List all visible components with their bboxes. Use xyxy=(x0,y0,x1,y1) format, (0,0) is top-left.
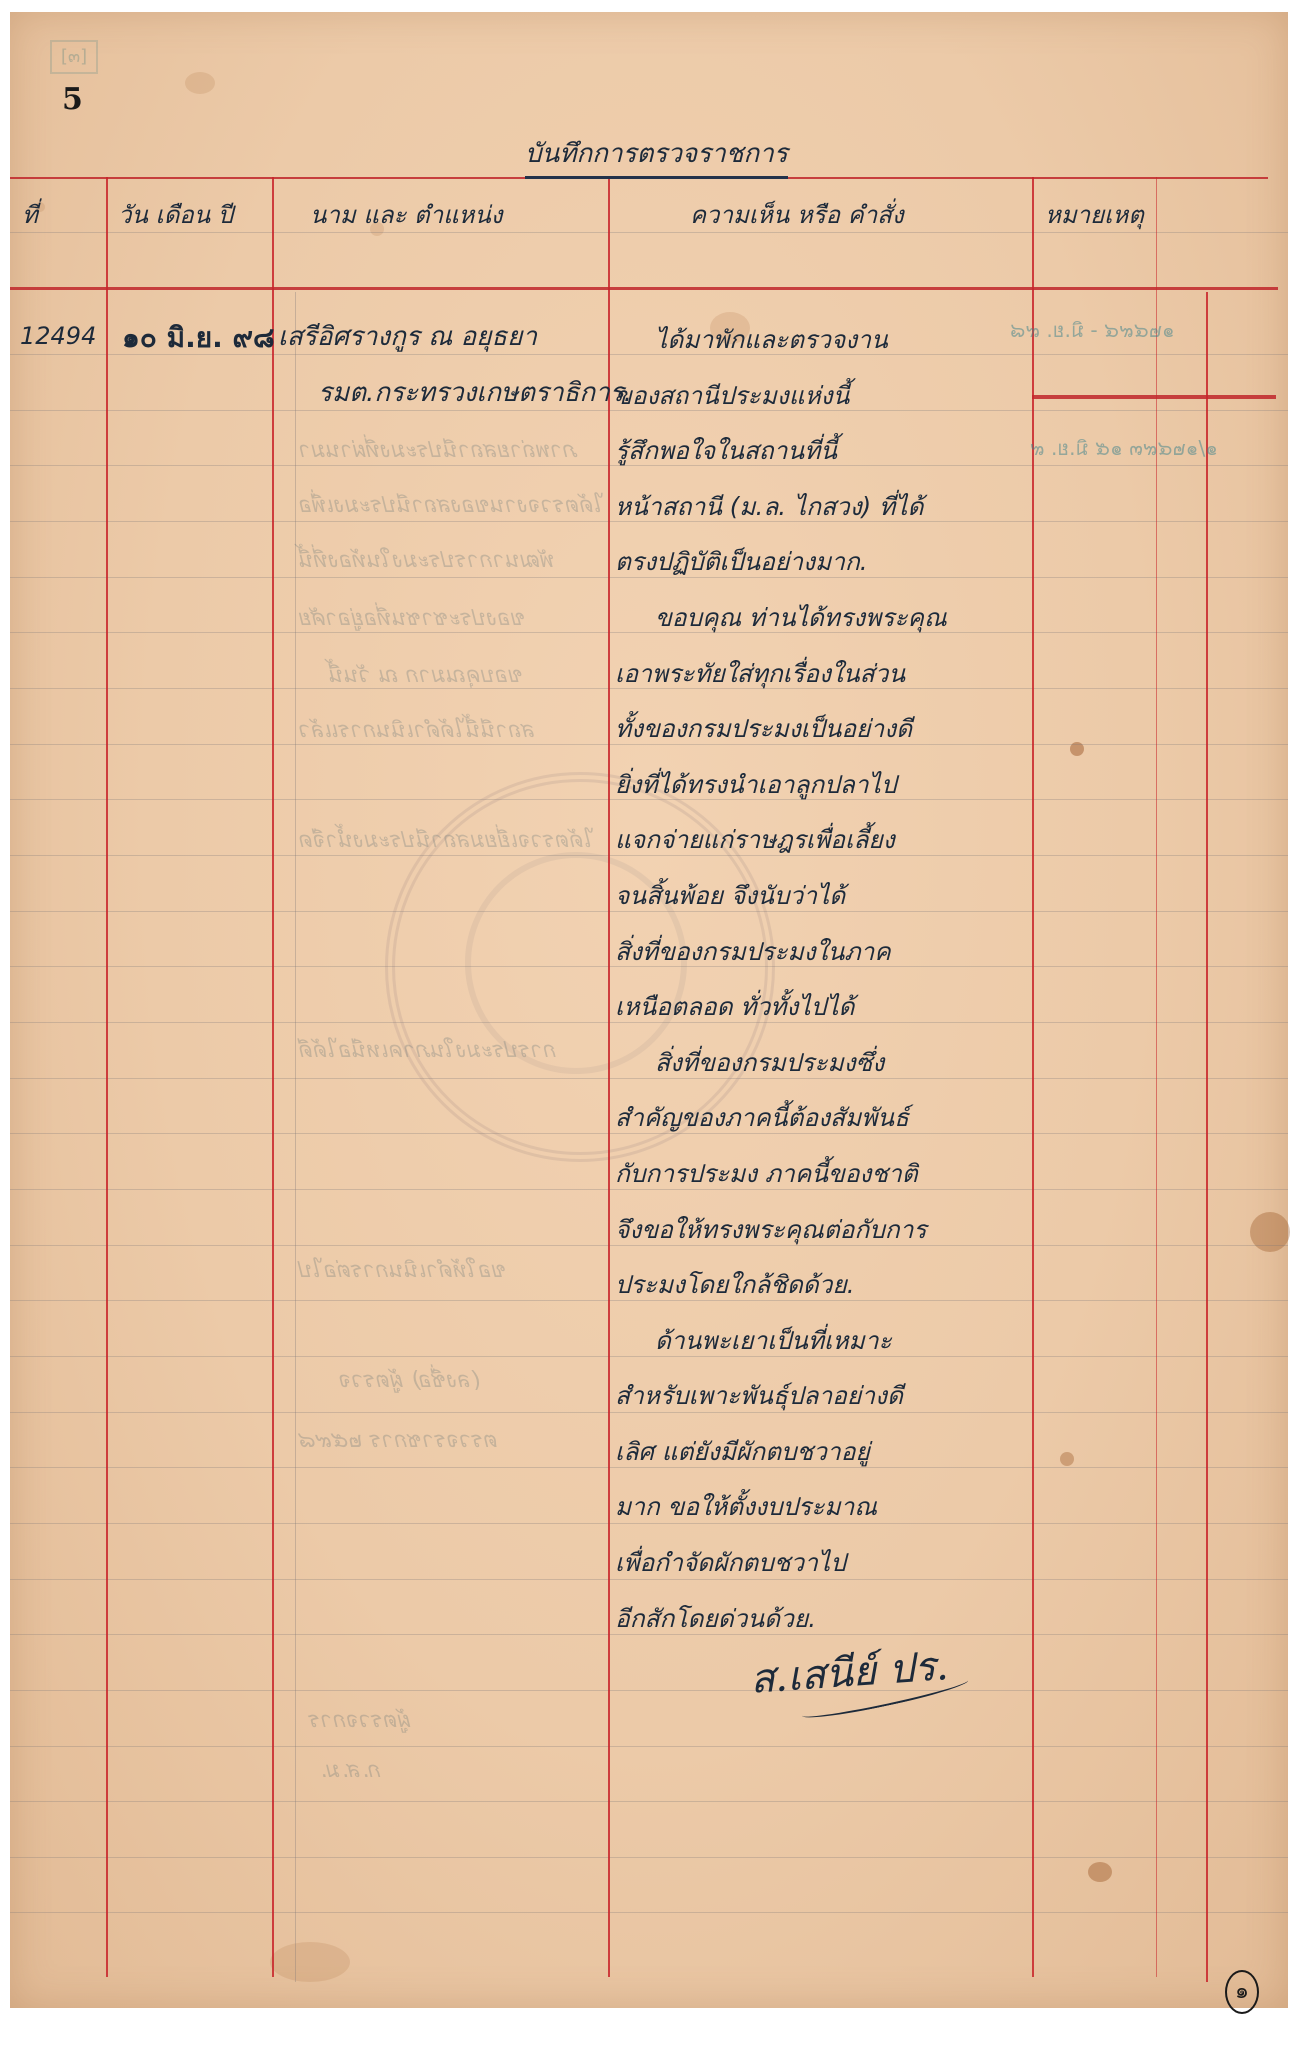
comment-line: สิ่งที่ของกรมประมงซึ่ง xyxy=(615,1035,1025,1091)
comment-line: ยิ่งที่ได้ทรงนำเอาลูกปลาไป xyxy=(615,757,1025,813)
comment-line: ด้านพะเยาเป็นที่เหมาะ xyxy=(615,1313,1025,1369)
bleed-through-text: (ลงชื่อ) ผู้ตรวจ xyxy=(340,1362,481,1397)
comment-line: เพื่อกำจัดผักตบชวาไป xyxy=(615,1535,1025,1591)
comment-line: สำหรับเพาะพันธุ์ปลาอย่างดี xyxy=(615,1368,1025,1424)
comment-line: รู้สึกพอใจในสถานที่นี้ xyxy=(615,423,1025,479)
bleed-through-remark: ๑/๑๒๔๙๓ ๑๕ มิ.ย. ๙ xyxy=(1030,432,1218,464)
bleed-through-text: การประมงในภาคเหนือได้ดี xyxy=(300,1032,558,1067)
column-header-no: ที่ xyxy=(22,195,38,234)
stain xyxy=(1060,1452,1074,1466)
bleed-through-text: ก.ส.ม. xyxy=(320,1752,382,1787)
comment-line: แจกจ่ายแก่ราษฎรเพื่อเลี้ยง xyxy=(615,812,1025,868)
bleed-through-remark: ๑๒๔๙๔ - มิ.ย. ๙๘ xyxy=(1010,314,1175,346)
column-header-name: นาม และ ตำแหน่ง xyxy=(310,195,503,234)
comment-line: ของสถานีประมงแห่งนี้ xyxy=(615,368,1025,424)
entry-number: 12494 xyxy=(20,322,96,350)
column-divider xyxy=(1206,292,1208,1982)
comment-line: อีกสักโดยด่วนด้วย. xyxy=(615,1591,1025,1647)
comment-line: เหนือตลอด ทั่วทั้งไปได้ xyxy=(615,979,1025,1035)
bleed-through-text: ภาพถ่ายสถานีประมงที่ผ่านมา xyxy=(300,432,579,467)
comment-line: ได้มาพักและตรวจงาน xyxy=(615,312,1025,368)
header-bottom-rule xyxy=(10,287,1278,290)
comment-line: สำคัญของภาคนี้ต้องสัมพันธ์ xyxy=(615,1090,1025,1146)
comment-line: ขอบคุณ ท่านได้ทรงพระคุณ xyxy=(615,590,1025,646)
document-title: บันทึกการตรวจราชการ xyxy=(525,133,788,179)
comment-line: มาก ขอให้ตั้งงบประมาณ xyxy=(615,1479,1025,1535)
comment-line: ทั้งของกรมประมงเป็นอย่างดี xyxy=(615,701,1025,757)
remarks-rule xyxy=(1032,395,1276,399)
entry-position: รมต.กระทรวงเกษตราธิการ. xyxy=(318,372,632,413)
bleed-through-text: ขอให้ดำเนินการต่อไป xyxy=(300,1252,508,1287)
column-divider xyxy=(106,177,108,1977)
stain xyxy=(1250,1212,1290,1252)
comment-line: ตรงปฏิบัติเป็นอย่างมาก. xyxy=(615,534,1025,590)
archive-corner-stamp: [๓] xyxy=(50,40,98,74)
comment-line: ประมงโดยใกล้ชิดด้วย. xyxy=(615,1257,1025,1313)
comment-line: สิ่งที่ของกรมประมงในภาค xyxy=(615,924,1025,980)
page-number: 5 xyxy=(62,82,83,117)
column-header-comment: ความเห็น หรือ คำสั่ง xyxy=(690,195,904,234)
entry-name: เสรีอิศรางกูร ณ อยุธยา xyxy=(278,316,537,357)
column-header-remarks: หมายเหตุ xyxy=(1045,195,1144,234)
stain xyxy=(270,1942,350,1982)
column-divider xyxy=(608,177,610,1977)
entry-comment: ได้มาพักและตรวจงาน ของสถานีประมงแห่งนี้ … xyxy=(615,312,1025,1646)
bleed-through-text: สถานีนี้ได้ดำเนินการแล้ว xyxy=(300,712,536,747)
column-header-date: วัน เดือน ปี xyxy=(118,195,233,234)
comment-line: กับการประมง ภาคนี้ของชาติ xyxy=(615,1146,1025,1202)
bleed-through-text: ของประชาชนที่อยู่อาศัย xyxy=(300,600,527,635)
bleed-through-text: ผู้ตรวจการ xyxy=(310,1702,412,1737)
entry-date: ๑๐ มิ.ย. ๙๘ xyxy=(122,316,275,360)
bleed-through-text: ได้ตรวจเยี่ยมสถานีประมงน้ำจืด xyxy=(300,822,596,857)
bleed-through-text: ขอบคุณมาก ณ วันนี้ xyxy=(330,657,524,692)
comment-line: จึงขอให้ทรงพระคุณต่อกับการ xyxy=(615,1202,1025,1258)
stain xyxy=(185,72,215,94)
comment-line: เอาพระทัยใส่ทุกเรื่องในส่วน xyxy=(615,646,1025,702)
column-divider xyxy=(272,177,274,1977)
comment-line: จนสิ้นพ้อย จึงนับว่าได้ xyxy=(615,868,1025,924)
folio-mark: ๑ xyxy=(1225,1970,1259,2014)
comment-line: หน้าสถานี (ม.ล. ไกสวง) ที่ได้ xyxy=(615,479,1025,535)
comment-line: เลิศ แต่ยังมีผักตบชวาอยู่ xyxy=(615,1424,1025,1480)
bleed-through-text: พัฒนาการประมงในท้องที่นี้ xyxy=(300,542,556,577)
bleed-through-text: ตรวจราชการ ๒๕๙๘ xyxy=(300,1422,499,1457)
bleed-through-text: ได้ตรวจงานของสถานีประมงเพื่อ xyxy=(300,487,606,522)
stain xyxy=(1088,1862,1112,1882)
